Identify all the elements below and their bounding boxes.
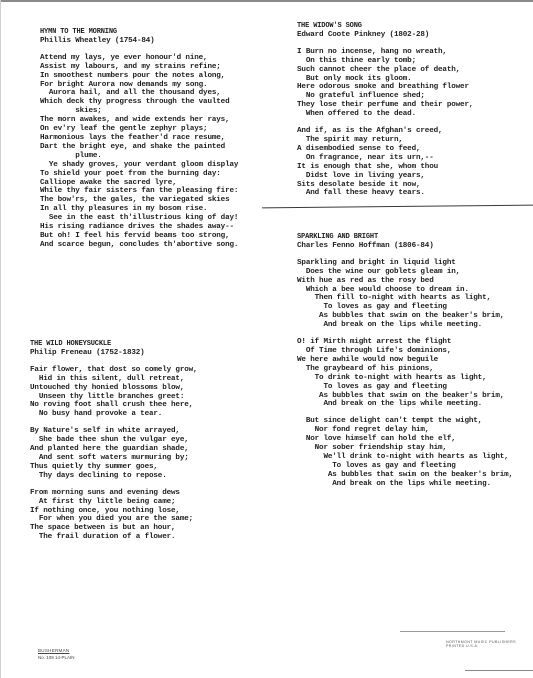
- poem-line: Does the wine our goblets gleam in,: [297, 268, 513, 277]
- brand-name: BUSHERMAN: [38, 648, 75, 653]
- poem-line: And fall these heavy tears.: [297, 189, 473, 198]
- poem-line: Didst love in living years,: [297, 172, 473, 181]
- poem-line: If nothing once, you nothing lose,: [30, 507, 197, 516]
- poem-line: Here odorous smoke and breathing flower: [297, 83, 473, 92]
- poem-line: Ye shady groves, your verdant gloom disp…: [40, 161, 238, 170]
- poem-line: The frail duration of a flower.: [30, 533, 197, 542]
- poem-line: As bubbles that swim on the beaker's bri…: [297, 471, 513, 480]
- poem-line: To shield your poet from the burning day…: [40, 170, 238, 179]
- poem-line: We here awhile would now beguile: [297, 356, 513, 365]
- poem-the-widows-song: THE WIDOW'S SONG Edward Coote Pinkney (1…: [297, 22, 473, 206]
- poem-line: Aurora hail, and all the thousand dyes,: [40, 89, 238, 98]
- poem-line: As bubbles that swim on the beaker's bri…: [297, 312, 513, 321]
- poem-line: Sits desolate beside it now,: [297, 181, 473, 190]
- stanza: From morning suns and evening dews At fi…: [30, 489, 197, 542]
- poem-line: For bright Aurora now demands my song.: [40, 81, 238, 90]
- poem-line: She bade thee shun the vulgar eye,: [30, 436, 197, 445]
- poem-line: O! if Mirth might arrest the flight: [297, 338, 513, 347]
- poem-line: To loves as gay and fleeting: [297, 462, 513, 471]
- poem-line: No busy hand provoke a tear.: [30, 410, 197, 419]
- poem-title: SPARKLING AND BRIGHT: [297, 233, 513, 242]
- poem-line: For when you died you are the same;: [30, 515, 197, 524]
- imprint-line-2: PRINTED U.S.A.: [446, 644, 516, 648]
- poem-line: Thy days declining to repose.: [30, 472, 197, 481]
- paper-brand-mark: BUSHERMAN No. 109 14-PLAIN: [38, 648, 75, 660]
- poem-line: They lose their perfume and their power,: [297, 101, 473, 110]
- poem-line: Such cannot cheer the place of death,: [297, 66, 473, 75]
- poem-line: Unseen thy little branches greet:: [30, 393, 197, 402]
- poem-line: The space between is but an hour,: [30, 524, 197, 533]
- poem-line: Which a bee would choose to dream in.: [297, 286, 513, 295]
- stanza: O! if Mirth might arrest the flight Of T…: [297, 338, 513, 409]
- poem-line: In all thy pleasures in my bosom rise.: [40, 205, 238, 214]
- poem-line: The morn awakes, and wide extends her ra…: [40, 116, 238, 125]
- poem-line: In smoothest numbers pour the notes alon…: [40, 72, 238, 81]
- poem-line: On fragrance, near its urn,--: [297, 154, 473, 163]
- footer-rule: [400, 631, 505, 632]
- poem-author: Charles Fenno Hoffman (1806-84): [297, 242, 513, 251]
- poem-line: At first thy little being came;: [30, 498, 197, 507]
- poem-body: I Burn no incense, hang no wreath, On th…: [297, 48, 473, 199]
- poem-line: But only mock its gloom.: [297, 75, 473, 84]
- poem-title: THE WIDOW'S SONG: [297, 22, 473, 31]
- poem-line: Nor fond regret delay him,: [297, 426, 513, 435]
- poem-line: Hid in this silent, dull retreat,: [30, 375, 197, 384]
- poem-line: And break on the lips while meeting.: [297, 480, 513, 489]
- poem-line: When offered to the dead.: [297, 110, 473, 119]
- page-top-edge: [0, 0, 533, 2]
- stanza: By Nature's self in white arrayed, She b…: [30, 427, 197, 480]
- poem-line: By Nature's self in white arrayed,: [30, 427, 197, 436]
- paper-code: No. 109 14-PLAIN: [38, 655, 75, 660]
- poem-line: And if, as is the Afghan's creed,: [297, 127, 473, 136]
- poem-line: See in the east th'illustrious king of d…: [40, 214, 238, 223]
- poem-line: plume.: [40, 152, 238, 161]
- poem-line: But oh! I feel his fervid beams too stro…: [40, 232, 238, 241]
- poem-title: HYMN TO THE MORNING: [40, 28, 238, 37]
- stanza: Fair flower, that dost so comely grow, H…: [30, 366, 197, 419]
- poem-line: On ev'ry leaf the gentle zephyr plays;: [40, 125, 238, 134]
- stanza: Attend my lays, ye ever honour'd nine,As…: [40, 54, 238, 250]
- poem-line: To loves as gay and fleeting: [297, 303, 513, 312]
- stanza: Sparkling and bright in liquid light Doe…: [297, 259, 513, 330]
- poem-line: To drink to-night with hearts as light,: [297, 374, 513, 383]
- poem-line: His rising radiance drives the shades aw…: [40, 223, 238, 232]
- poem-line: Assist my labours, and my strains refine…: [40, 63, 238, 72]
- stanza: But since delight can't tempt the wight,…: [297, 417, 513, 488]
- poem-line: Sparkling and bright in liquid light: [297, 259, 513, 268]
- poem-line: I Burn no incense, hang no wreath,: [297, 48, 473, 57]
- stanza: And if, as is the Afghan's creed, The sp…: [297, 127, 473, 198]
- poem-line: While thy fair sisters fan the pleasing …: [40, 187, 238, 196]
- poem-body: Sparkling and bright in liquid light Doe…: [297, 259, 513, 489]
- poem-body: Fair flower, that dost so comely grow, H…: [30, 366, 197, 542]
- poem-line: Attend my lays, ye ever honour'd nine,: [40, 54, 238, 63]
- poem-hymn-to-the-morning: HYMN TO THE MORNING Phillis Wheatley (17…: [40, 28, 238, 258]
- poem-sparkling-and-bright: SPARKLING AND BRIGHT Charles Fenno Hoffm…: [297, 233, 513, 497]
- poem-line: And break on the lips while meeting.: [297, 321, 513, 330]
- poem-line: It is enough that she, whom thou: [297, 163, 473, 172]
- publisher-imprint: NORTHMONT MUSIC PUBLISHERS PRINTED U.S.A…: [446, 640, 516, 648]
- poem-line: The spirit may return,: [297, 136, 473, 145]
- poem-line: Thus quietly thy summer goes,: [30, 463, 197, 472]
- poem-line: No grateful influence shed;: [297, 92, 473, 101]
- stanza: I Burn no incense, hang no wreath, On th…: [297, 48, 473, 119]
- poem-line: A disembodied sense to feed,: [297, 145, 473, 154]
- poem-line: Of Time through Life's dominions,: [297, 347, 513, 356]
- poem-line: We'll drink to-night with hearts as ligh…: [297, 453, 513, 462]
- poem-the-wild-honeysuckle: THE WILD HONEYSUCKLE Philip Freneau (175…: [30, 340, 197, 550]
- poem-body: Attend my lays, ye ever honour'd nine,As…: [40, 54, 238, 250]
- footer-rule-bottom: [465, 670, 533, 671]
- poem-line: And scarce begun, concludes th'abortive …: [40, 241, 238, 250]
- poem-line: The graybeard of his pinions,: [297, 365, 513, 374]
- poem-line: skies;: [40, 107, 238, 116]
- poem-line: From morning suns and evening dews: [30, 489, 197, 498]
- poem-author: Philip Freneau (1752-1832): [30, 349, 197, 358]
- poem-line: No roving foot shall crush thee here,: [30, 401, 197, 410]
- poem-line: Untouched thy honied blossoms blow,: [30, 384, 197, 393]
- poem-line: With hue as red as the rosy bed: [297, 277, 513, 286]
- poem-line: And break on the lips while meeting.: [297, 400, 513, 409]
- poem-line: But since delight can't tempt the wight,: [297, 417, 513, 426]
- page-left-edge: [0, 0, 1, 678]
- poem-line: To loves as gay and fleeting: [297, 383, 513, 392]
- poem-author: Phillis Wheatley (1754-84): [40, 37, 238, 46]
- poem-line: Nor sober friendship stay him,: [297, 444, 513, 453]
- poem-line: Harmonious lays the feather'd race resum…: [40, 134, 238, 143]
- poem-line: Then fill to-night with hearts as light,: [297, 294, 513, 303]
- poem-line: On this thine early tomb;: [297, 57, 473, 66]
- poem-line: Fair flower, that dost so comely grow,: [30, 366, 197, 375]
- poem-line: Nor love himself can hold the elf,: [297, 435, 513, 444]
- poem-line: Calliope awake the sacred lyre,: [40, 179, 238, 188]
- poem-author: Edward Coote Pinkney (1802-28): [297, 31, 473, 40]
- poem-line: Dart the bright eye, and shake the paint…: [40, 143, 238, 152]
- poem-line: And sent soft waters murmuring by;: [30, 454, 197, 463]
- poem-line: As bubbles that swim on the beaker's bri…: [297, 392, 513, 401]
- poem-title: THE WILD HONEYSUCKLE: [30, 340, 197, 349]
- poem-line: And planted here the guardian shade,: [30, 445, 197, 454]
- poem-line: The bow'rs, the gales, the variegated sk…: [40, 196, 238, 205]
- poem-line: Which deck thy progress through the vaul…: [40, 98, 238, 107]
